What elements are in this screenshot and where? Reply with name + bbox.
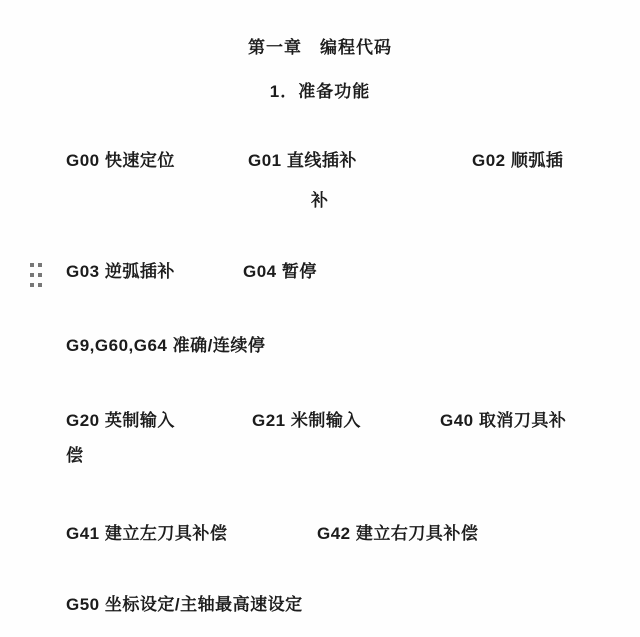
code-item-g20: G20 英制输入 <box>66 412 175 430</box>
chapter-title: 第一章 编程代码 <box>0 39 640 57</box>
code-item-g03: G03 逆弧插补 <box>66 263 175 281</box>
drag-handle-dot <box>30 263 34 267</box>
drag-handle-dot <box>38 273 42 277</box>
code-item-g41: G41 建立左刀具补偿 <box>66 525 227 543</box>
code-item-g01: G01 直线插补 <box>248 152 357 170</box>
section-title: 1．准备功能 <box>0 83 640 101</box>
code-item-g42: G42 建立右刀具补偿 <box>317 525 478 543</box>
drag-handle-dot <box>38 263 42 267</box>
drag-handle-icon[interactable] <box>30 263 42 287</box>
drag-handle-dot <box>38 283 42 287</box>
code-item-g50: G50 坐标设定/主轴最高速设定 <box>66 596 303 614</box>
code-item-g9-g60-g64: G9,G60,G64 准确/连续停 <box>66 337 265 355</box>
code-item-g02-wrap: 补 <box>0 192 640 210</box>
code-item-g40: G40 取消刀具补 <box>440 412 566 430</box>
code-item-g02: G02 顺弧插 <box>472 152 563 170</box>
drag-handle-dot <box>30 283 34 287</box>
code-item-g00: G00 快速定位 <box>66 152 175 170</box>
code-item-g04: G04 暂停 <box>243 263 317 281</box>
code-item-g40-wrap: 偿 <box>66 447 84 465</box>
document-page: 第一章 编程代码 1．准备功能 G00 快速定位 G01 直线插补 G02 顺弧… <box>0 0 640 637</box>
drag-handle-dot <box>30 273 34 277</box>
code-item-g21: G21 米制输入 <box>252 412 361 430</box>
